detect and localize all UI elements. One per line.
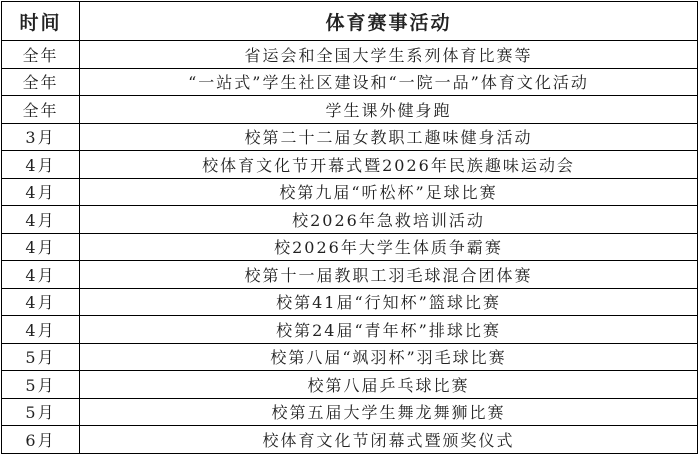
cell-time: 4月 [2,233,80,261]
cell-time: 5月 [2,398,80,426]
sports-events-table: 时间 体育赛事活动 全年省运会和全国大学生系列体育比赛等全年“一站式”学生社区建… [1,1,698,454]
table-row: 全年省运会和全国大学生系列体育比赛等 [2,41,698,69]
table-row: 6月校体育文化节闭幕式暨颁奖仪式 [2,426,698,454]
table-row: 4月校第九届“听松杯”足球比赛 [2,178,698,206]
table-row: 4月校第十一届教职工羽毛球混合团体赛 [2,261,698,289]
cell-time: 全年 [2,96,80,124]
table-row: 3月校第二十二届女教职工趣味健身活动 [2,123,698,151]
cell-event: 校第十一届教职工羽毛球混合团体赛 [80,261,698,289]
table-row: 4月校第41届“行知杯”篮球比赛 [2,288,698,316]
cell-time: 4月 [2,316,80,344]
cell-time: 5月 [2,371,80,399]
table-row: 4月校第24届“青年杯”排球比赛 [2,316,698,344]
table-row: 全年“一站式”学生社区建设和“一院一品”体育文化活动 [2,68,698,96]
cell-time: 4月 [2,206,80,234]
table-row: 5月校第五届大学生舞龙舞狮比赛 [2,398,698,426]
header-row: 时间 体育赛事活动 [2,2,698,41]
cell-time: 4月 [2,261,80,289]
cell-event: 省运会和全国大学生系列体育比赛等 [80,41,698,69]
cell-time: 4月 [2,288,80,316]
cell-event: 校第八届“飒羽杯”羽毛球比赛 [80,343,698,371]
cell-event: 校2026年急救培训活动 [80,206,698,234]
cell-time: 3月 [2,123,80,151]
table-row: 4月校体育文化节开幕式暨2026年民族趣味运动会 [2,151,698,179]
table-row: 5月校第八届乒乓球比赛 [2,371,698,399]
table-row: 4月校2026年大学生体质争霸赛 [2,233,698,261]
cell-time: 4月 [2,151,80,179]
cell-event: 校体育文化节开幕式暨2026年民族趣味运动会 [80,151,698,179]
cell-event: 校2026年大学生体质争霸赛 [80,233,698,261]
table-row: 4月校2026年急救培训活动 [2,206,698,234]
cell-time: 4月 [2,178,80,206]
cell-time: 全年 [2,68,80,96]
cell-event: “一站式”学生社区建设和“一院一品”体育文化活动 [80,68,698,96]
table-row: 全年学生课外健身跑 [2,96,698,124]
cell-event: 校第五届大学生舞龙舞狮比赛 [80,398,698,426]
table-row: 5月校第八届“飒羽杯”羽毛球比赛 [2,343,698,371]
cell-event: 学生课外健身跑 [80,96,698,124]
cell-event: 校第41届“行知杯”篮球比赛 [80,288,698,316]
header-event: 体育赛事活动 [80,2,698,41]
header-time: 时间 [2,2,80,41]
cell-event: 校第24届“青年杯”排球比赛 [80,316,698,344]
cell-event: 校第二十二届女教职工趣味健身活动 [80,123,698,151]
cell-event: 校体育文化节闭幕式暨颁奖仪式 [80,426,698,454]
cell-event: 校第九届“听松杯”足球比赛 [80,178,698,206]
cell-event: 校第八届乒乓球比赛 [80,371,698,399]
cell-time: 全年 [2,41,80,69]
cell-time: 6月 [2,426,80,454]
cell-time: 5月 [2,343,80,371]
